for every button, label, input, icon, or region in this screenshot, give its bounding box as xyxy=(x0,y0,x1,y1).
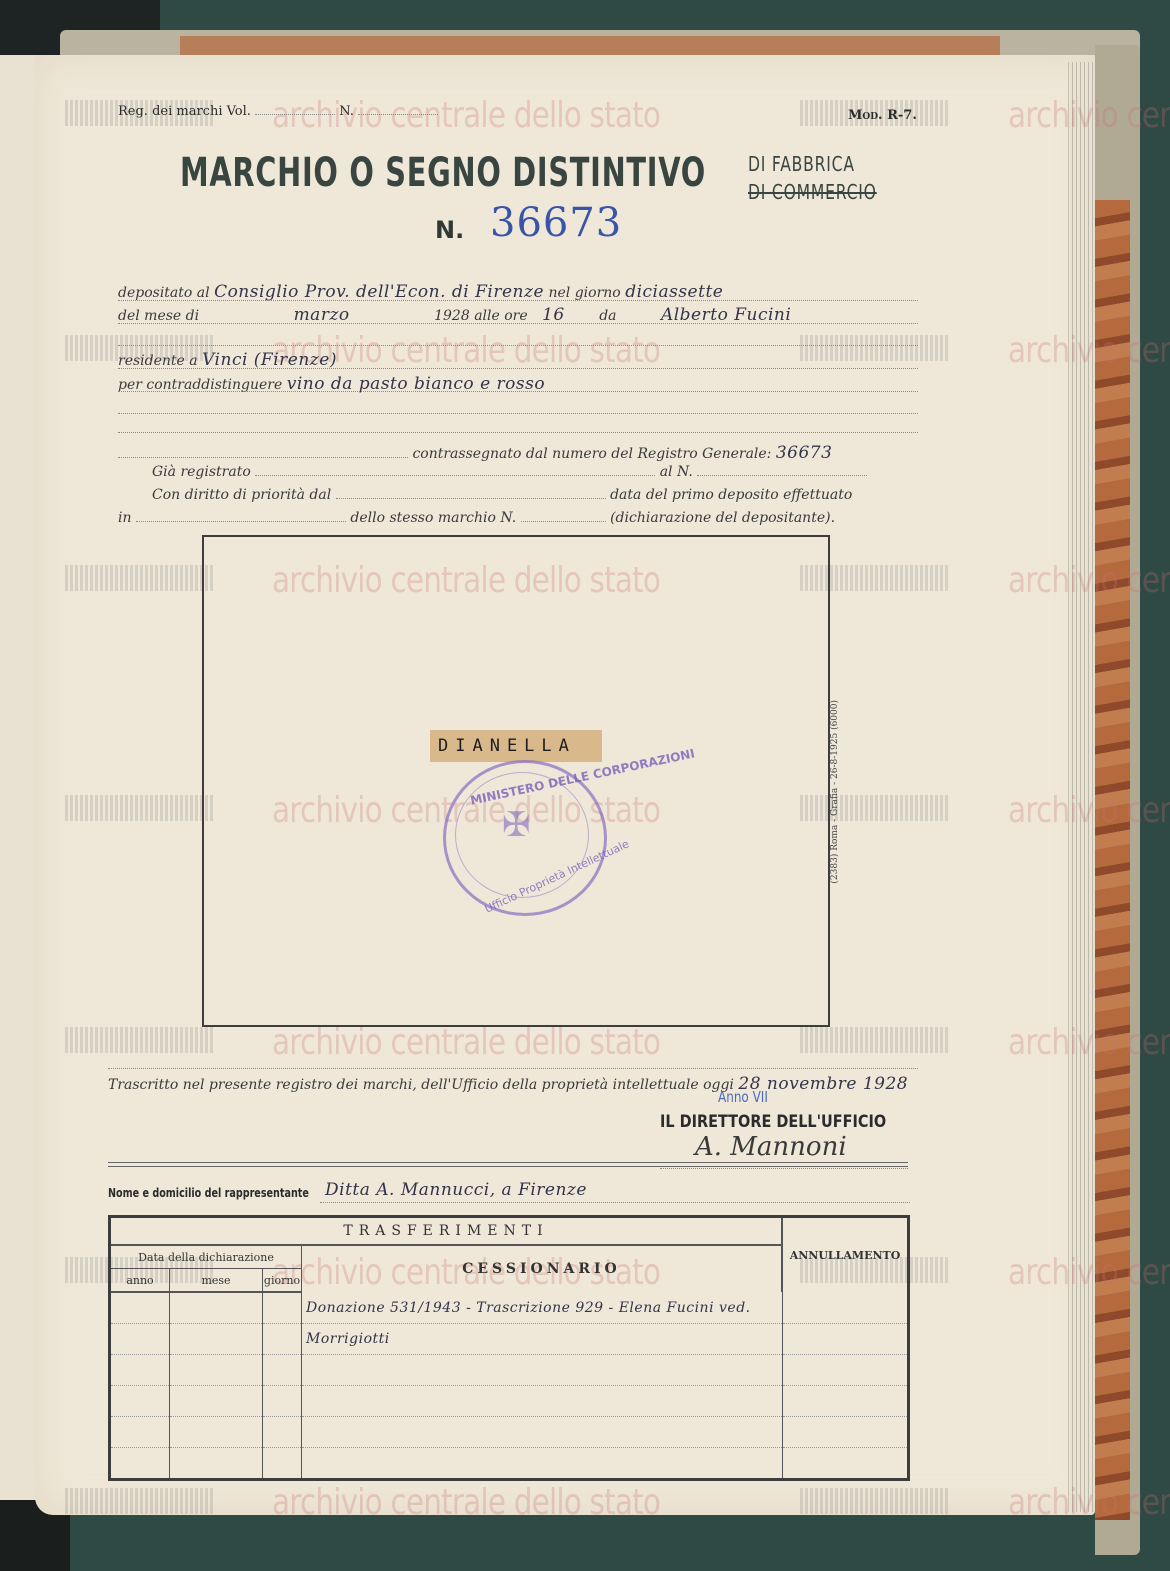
cell-mese xyxy=(170,1386,263,1417)
transfers-title: TRASFERIMENTI xyxy=(110,1217,783,1246)
priority-row: Con diritto di priorità dal data del pri… xyxy=(152,487,918,503)
anno-stamp: Anno VII xyxy=(718,1088,768,1106)
rule xyxy=(108,1068,918,1069)
cell-mese xyxy=(170,1324,263,1355)
al-n-label: al N. xyxy=(660,464,693,480)
representative-label: Nome e domicilio del rappresentante xyxy=(108,1186,309,1200)
blank-field xyxy=(118,457,408,458)
cell-annullamento xyxy=(782,1448,909,1480)
same-mark-row: in dello stesso marchio N. (dichiarazion… xyxy=(118,510,918,526)
stamp-emblem-icon: ✠ xyxy=(502,805,531,845)
cell-cessionario xyxy=(302,1355,783,1386)
cell-annullamento xyxy=(782,1324,909,1355)
double-rule xyxy=(108,1162,908,1167)
cell-cessionario: Donazione 531/1943 - Trascrizione 929 - … xyxy=(302,1292,783,1324)
transcription-row: Trascritto nel presente registro dei mar… xyxy=(108,1074,928,1094)
cell-mese xyxy=(170,1448,263,1480)
watermark-text: archivio centrale dello stato xyxy=(1008,1482,1170,1523)
rule xyxy=(118,368,918,369)
model-code: Mod. R-7. xyxy=(848,108,917,123)
page-title: MARCHIO O SEGNO DISTINTIVO xyxy=(180,150,706,196)
cell-cessionario xyxy=(302,1386,783,1417)
date-header: Data della dichiarazione xyxy=(110,1245,302,1269)
depositor-name: Alberto Fucini xyxy=(661,305,791,325)
watermark-text: archivio centrale dello stato xyxy=(272,1022,660,1063)
in-field xyxy=(136,521,346,522)
deposit-office: Consiglio Prov. dell'Econ. di Firenze xyxy=(214,282,544,302)
by-label: da xyxy=(599,308,616,324)
cell-cessionario xyxy=(302,1448,783,1480)
priority-label: Con diritto di priorità dal xyxy=(152,487,331,503)
cell-annullamento xyxy=(782,1386,909,1417)
printer-note: (2383) Roma - Grafia - 26-8-1925 (6000) xyxy=(830,700,840,884)
deposit-day: diciassette xyxy=(625,282,723,302)
table-row xyxy=(110,1448,909,1480)
cell-anno xyxy=(110,1355,170,1386)
month-label: del mese di xyxy=(118,308,199,324)
table-row: Donazione 531/1943 - Trascrizione 929 - … xyxy=(110,1292,909,1324)
rule xyxy=(320,1202,910,1203)
registry-label: contrassegnato dal numero del Registro G… xyxy=(412,446,771,462)
rule xyxy=(118,432,918,433)
cell-giorno xyxy=(263,1417,302,1448)
register-volume-label: Reg. dei marchi Vol. xyxy=(118,104,251,119)
register-number-field xyxy=(358,114,438,115)
watermark-text: archivio centrale dello stato xyxy=(272,1482,660,1523)
register-number-label: N. xyxy=(339,104,354,119)
watermark-logo xyxy=(65,1488,215,1514)
watermark-text: archivio centrale dello stato xyxy=(1008,330,1170,371)
mark-number-stamp: 36673 xyxy=(490,200,622,246)
transcription-text: Trascritto nel presente registro dei mar… xyxy=(108,1077,734,1093)
watermark-logo xyxy=(800,1488,950,1514)
register-volume: Reg. dei marchi Vol. N. xyxy=(118,104,438,119)
cell-anno xyxy=(110,1386,170,1417)
priority-field xyxy=(336,498,606,499)
cell-annullamento xyxy=(782,1355,909,1386)
residence-label: residente a xyxy=(118,353,198,369)
same-mark-field xyxy=(521,521,606,522)
watermark-text: archivio centrale dello stato xyxy=(1008,560,1170,601)
watermark-logo xyxy=(65,565,215,591)
rule xyxy=(118,345,918,346)
table-row xyxy=(110,1417,909,1448)
book-leather-right xyxy=(1095,200,1130,1520)
deposit-month: marzo xyxy=(294,305,350,325)
in-label: in xyxy=(118,510,132,526)
al-n-field xyxy=(697,475,867,476)
representative-value: Ditta A. Mannucci, a Firenze xyxy=(325,1180,587,1200)
cell-giorno xyxy=(263,1355,302,1386)
type-commercio-struck: DI COMMERCIO xyxy=(748,180,877,204)
watermark-text: archivio centrale dello stato xyxy=(1008,1252,1170,1293)
annullamento-header: ANNULLAMENTO xyxy=(782,1217,909,1293)
residence-value: Vinci (Firenze) xyxy=(202,350,337,370)
page-edges xyxy=(1068,62,1093,1512)
cell-giorno xyxy=(263,1324,302,1355)
cell-giorno xyxy=(263,1292,302,1324)
watermark-logo xyxy=(800,1027,950,1053)
cell-cessionario xyxy=(302,1417,783,1448)
already-registered-field xyxy=(255,475,655,476)
col-giorno: giorno xyxy=(263,1269,302,1293)
cell-mese xyxy=(170,1355,263,1386)
type-fabbrica: DI FABBRICA xyxy=(748,152,855,176)
cell-mese xyxy=(170,1417,263,1448)
cell-giorno xyxy=(263,1448,302,1480)
same-mark-label: dello stesso marchio N. xyxy=(350,510,516,526)
mark-label-text: DIANELLA xyxy=(438,736,576,756)
rule xyxy=(118,300,918,301)
cell-anno xyxy=(110,1448,170,1480)
deposit-hour: 16 xyxy=(542,305,565,325)
registry-row: contrassegnato dal numero del Registro G… xyxy=(118,443,918,463)
first-deposit-label: data del primo deposito effettuato xyxy=(610,487,852,503)
declaration-label: (dichiarazione del depositante). xyxy=(610,510,835,526)
date-row: del mese di marzo 1928 alle ore 16 da Al… xyxy=(118,305,918,325)
cell-mese xyxy=(170,1292,263,1324)
cell-cessionario: Morrigiotti xyxy=(302,1324,783,1355)
deposit-year: 1928 xyxy=(434,308,470,324)
deposit-row: depositato al Consiglio Prov. dell'Econ.… xyxy=(118,282,918,302)
watermark-text: archivio centrale dello stato xyxy=(1008,1022,1170,1063)
cell-giorno xyxy=(263,1386,302,1417)
cell-anno xyxy=(110,1324,170,1355)
cell-annullamento xyxy=(782,1417,909,1448)
rule xyxy=(118,323,918,324)
watermark-text: archivio centrale dello stato xyxy=(1008,790,1170,831)
already-registered-label: Già registrato xyxy=(152,464,251,480)
signature-rule xyxy=(660,1168,908,1169)
hour-label: alle ore xyxy=(474,308,527,324)
day-label: nel giorno xyxy=(548,285,620,301)
residence-row: residente a Vinci (Firenze) xyxy=(118,350,918,370)
already-registered-row: Già registrato al N. xyxy=(152,464,918,480)
table-row xyxy=(110,1386,909,1417)
register-volume-field xyxy=(255,114,335,115)
watermark-logo xyxy=(65,1027,215,1053)
cell-annullamento xyxy=(782,1292,909,1324)
watermark-text: archivio centrale dello stato xyxy=(1008,95,1170,136)
director-signature: A. Mannoni xyxy=(695,1132,847,1162)
table-row xyxy=(110,1355,909,1386)
director-label: IL DIRETTORE DELL'UFFICIO xyxy=(660,1112,886,1132)
table-row: Morrigiotti xyxy=(110,1324,909,1355)
cell-anno xyxy=(110,1292,170,1324)
deposit-label: depositato al xyxy=(118,285,210,301)
col-anno: anno xyxy=(110,1269,170,1293)
cessionario-header: CESSIONARIO xyxy=(302,1245,783,1292)
cell-anno xyxy=(110,1417,170,1448)
transfers-table: TRASFERIMENTI ANNULLAMENTO Data della di… xyxy=(108,1215,910,1481)
mark-number-label: N. xyxy=(435,216,464,244)
col-mese: mese xyxy=(170,1269,263,1293)
rule xyxy=(118,413,918,414)
registry-number: 36673 xyxy=(776,443,833,463)
rule xyxy=(118,391,918,392)
watermark-logo xyxy=(65,795,215,821)
